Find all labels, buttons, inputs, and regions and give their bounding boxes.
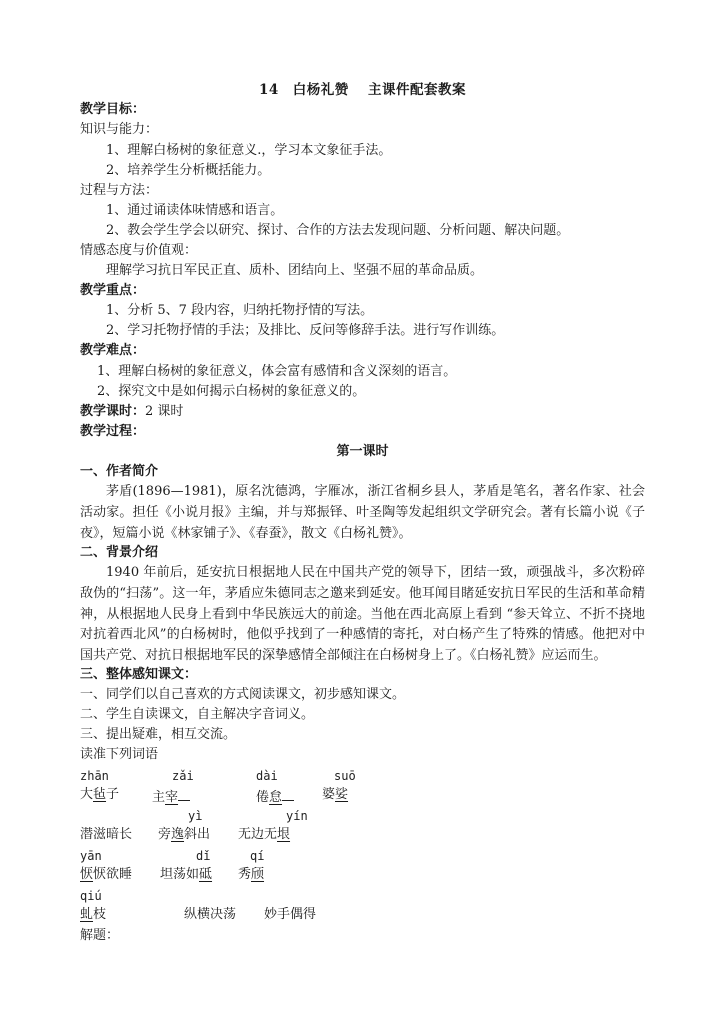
explain-heading: 解题： bbox=[80, 926, 119, 946]
overall-heading: 三、整体感知课文： bbox=[80, 665, 197, 685]
pinyin: yì bbox=[188, 808, 202, 824]
vocab-word: 秀颀 bbox=[238, 866, 264, 884]
process-heading: 过程与方法： bbox=[80, 181, 158, 201]
author-paragraph: 茅盾(1896—1981)，原名沈德鸿，字雁冰，浙江省桐乡县人，茅盾是笔名，著名… bbox=[80, 482, 645, 544]
vocab-word: 妙手偶得 bbox=[264, 906, 316, 924]
pinyin: yín bbox=[286, 808, 308, 824]
pinyin: dǐ bbox=[196, 848, 210, 864]
process-item: 2、教会学生学会以研究、探讨、合作的方法去发现问题、分析问题、解决问题。 bbox=[106, 221, 569, 241]
keypoints-item: 1、分析 5、7 段内容，归纳托物抒情的写法。 bbox=[106, 301, 373, 321]
pinyin: zhān bbox=[80, 768, 109, 784]
vocab-word: 无边无垠 bbox=[238, 826, 290, 844]
vocab-word: 倦怠 bbox=[256, 786, 294, 807]
hours-value: 2 课时 bbox=[145, 404, 183, 419]
vocab-word: 坦荡如砥 bbox=[160, 866, 212, 884]
overall-item: 一、同学们以自己喜欢的方式阅读课文，初步感知课文。 bbox=[80, 685, 405, 705]
document-title: 14 白杨礼赞 主课件配套教案 bbox=[0, 80, 725, 100]
background-heading: 二、背景介绍 bbox=[80, 543, 158, 563]
knowledge-item: 2、培养学生分析概括能力。 bbox=[106, 161, 270, 181]
pinyin: zǎi bbox=[172, 768, 194, 784]
author-heading: 一、作者简介 bbox=[80, 462, 158, 482]
pinyin: qiú bbox=[80, 888, 102, 904]
overall-item: 三、提出疑难，相互交流。 bbox=[80, 725, 236, 745]
pinyin: yān bbox=[80, 848, 102, 864]
vocab-word: 大毡子 bbox=[80, 786, 119, 804]
overall-item: 二、学生自读课文，自主解决字音词义。 bbox=[80, 705, 314, 725]
vocab-word: 主宰 bbox=[152, 786, 190, 807]
knowledge-heading: 知识与能力： bbox=[80, 120, 158, 140]
knowledge-item: 1、理解白杨树的象征意义.，学习本文象征手法。 bbox=[106, 141, 391, 161]
difficulties-item: 1、理解白杨树的象征意义，体会富有感情和含义深刻的语言。 bbox=[97, 362, 456, 382]
vocab-word: 纵横决荡 bbox=[184, 906, 236, 924]
pinyin: qí bbox=[250, 848, 264, 864]
vocab-word: 潜滋暗长 bbox=[80, 826, 132, 844]
vocab-heading: 读准下列词语 bbox=[80, 745, 158, 765]
process-item: 1、通过诵读体味情感和语言。 bbox=[106, 201, 283, 221]
vocab-word: 恹恹欲睡 bbox=[80, 866, 132, 884]
document-page: 14 白杨礼赞 主课件配套教案 教学目标： 知识与能力： 1、理解白杨树的象征意… bbox=[0, 0, 725, 1024]
attitude-text: 理解学习抗日军民正直、质朴、团结向上、坚强不屈的革命品质。 bbox=[106, 261, 483, 281]
hours-heading: 教学课时： bbox=[80, 404, 145, 419]
objectives-heading: 教学目标： bbox=[80, 100, 145, 120]
keypoints-item: 2、学习托物抒情的手法；及排比、反问等修辞手法。进行写作训练。 bbox=[106, 321, 504, 341]
background-paragraph: 1940 年前后，延安抗日根据地人民在中国共产党的领导下，团结一致，顽强战斗，多… bbox=[80, 563, 645, 667]
hours-line: 教学课时：2 课时 bbox=[80, 402, 183, 422]
difficulties-item: 2、探究文中是如何揭示白杨树的象征意义的。 bbox=[97, 382, 365, 402]
difficulties-heading: 教学难点： bbox=[80, 341, 145, 361]
keypoints-heading: 教学重点： bbox=[80, 281, 145, 301]
process-main-heading: 教学过程： bbox=[80, 422, 145, 442]
vocab-word: 婆娑 bbox=[322, 786, 348, 804]
vocab-word: 旁逸斜出 bbox=[158, 826, 210, 844]
pinyin: suō bbox=[334, 768, 356, 784]
lesson-title: 第一课时 bbox=[0, 442, 725, 462]
pinyin: dài bbox=[256, 768, 278, 784]
attitude-heading: 情感态度与价值观： bbox=[80, 241, 197, 261]
vocab-word: 虬枝 bbox=[80, 906, 106, 924]
